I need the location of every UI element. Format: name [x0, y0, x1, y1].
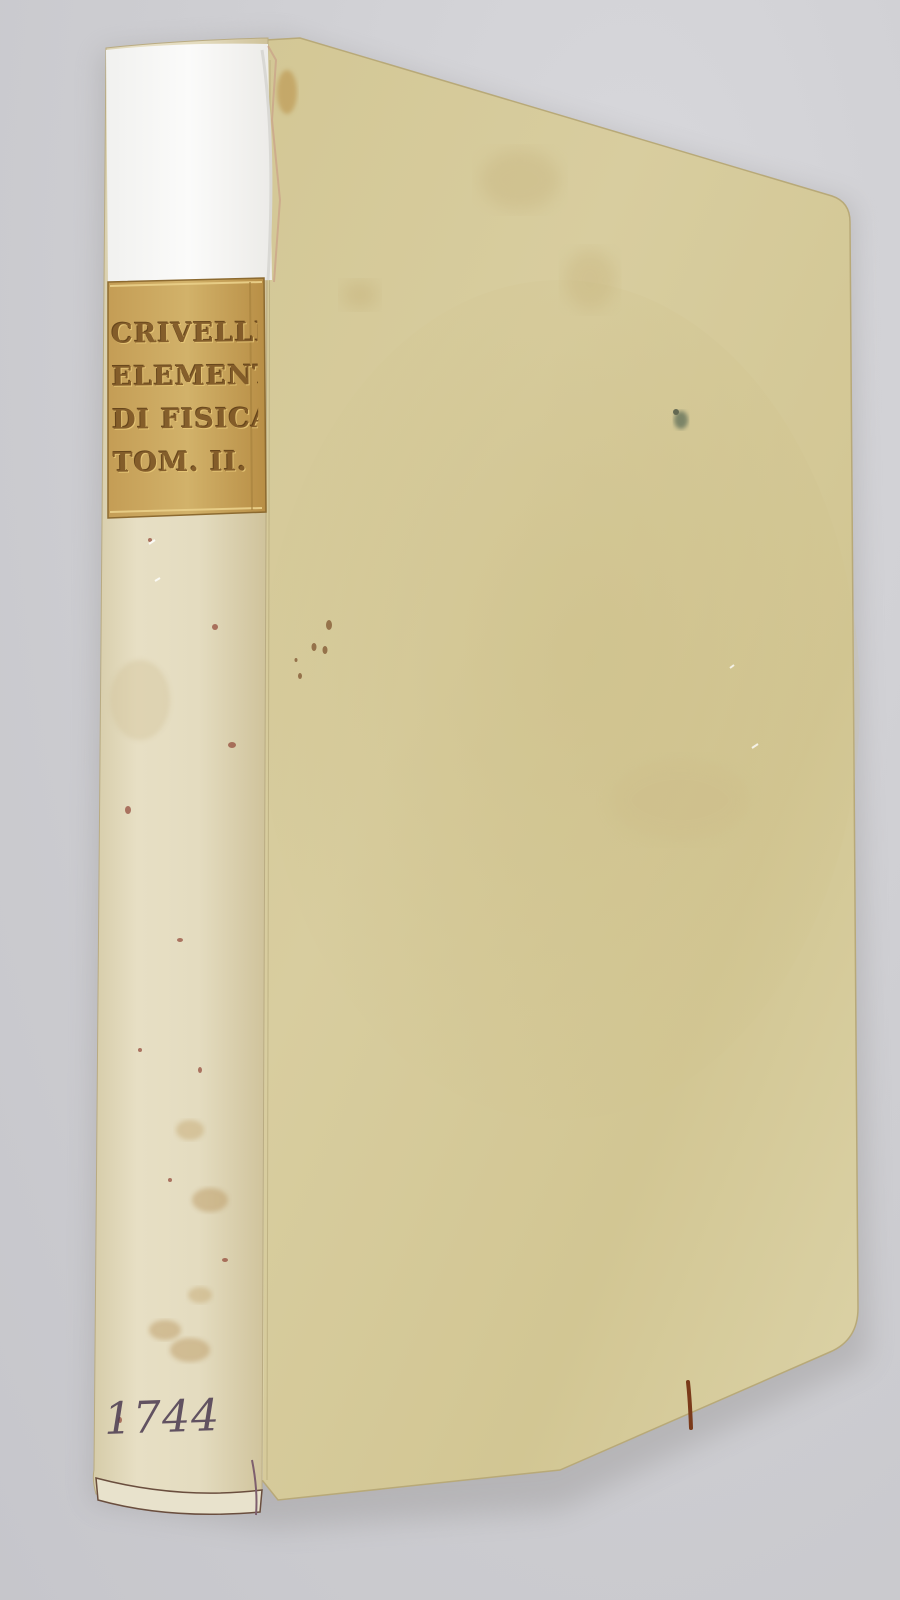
- spine-title-line-2: ELEMENTI: [112, 358, 258, 395]
- spine-title-line-3: DI FISICA: [112, 401, 258, 438]
- book-spine: [0, 0, 900, 1600]
- spine-title-label: CRIVELLI ELEMENTI DI FISICA TOM. II.: [107, 281, 259, 515]
- handwritten-date: 1744: [103, 1390, 221, 1445]
- spine-paper-label: [106, 44, 272, 284]
- spine-title-volume: TOM. II.: [112, 444, 258, 481]
- photo-scene: CRIVELLI ELEMENTI DI FISICA TOM. II. 174…: [0, 0, 900, 1600]
- spine-title-author: CRIVELLI: [111, 315, 257, 352]
